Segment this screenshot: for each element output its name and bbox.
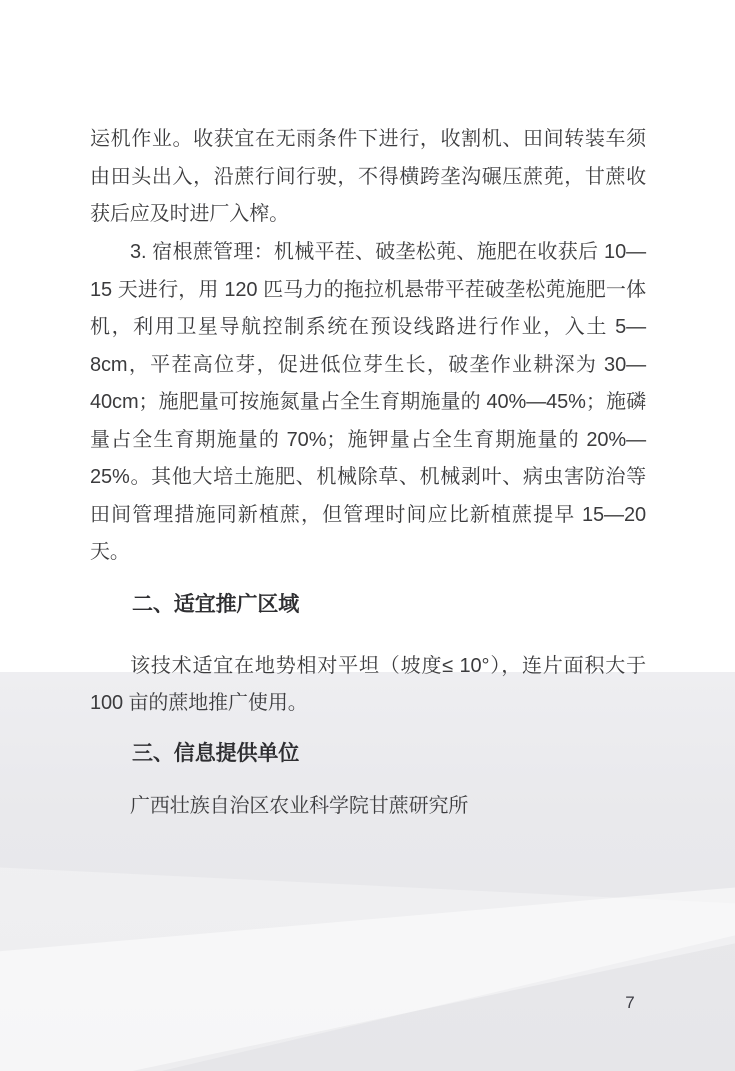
paragraph-ratoon-management: 3. 宿根蔗管理：机械平茬、破垄松蔸、施肥在收获后 10—15 天进行，用 12… [90, 234, 646, 572]
page-number: 7 [620, 993, 640, 1013]
paragraph-harvest-transport: 运机作业。收获宜在无雨条件下进行，收割机、田间转装车须由田头出入，沿蔗行间行驶，… [90, 121, 646, 234]
heading-section-2-suitable-region: 二、适宜推广区域 [90, 590, 646, 620]
document-page: 运机作业。收获宜在无雨条件下进行，收割机、田间转装车须由田头出入，沿蔗行间行驶，… [0, 0, 735, 1071]
page-content: 运机作业。收获宜在无雨条件下进行，收割机、田间转装车须由田头出入，沿蔗行间行驶，… [90, 121, 646, 825]
paragraph-info-provider: 广西壮族自治区农业科学院甘蔗研究所 [90, 788, 646, 826]
heading-section-3-info-provider: 三、信息提供单位 [90, 739, 646, 769]
paragraph-suitable-region: 该技术适宜在地势相对平坦（坡度≤ 10°），连片面积大于 100 亩的蔗地推广使… [90, 648, 646, 723]
